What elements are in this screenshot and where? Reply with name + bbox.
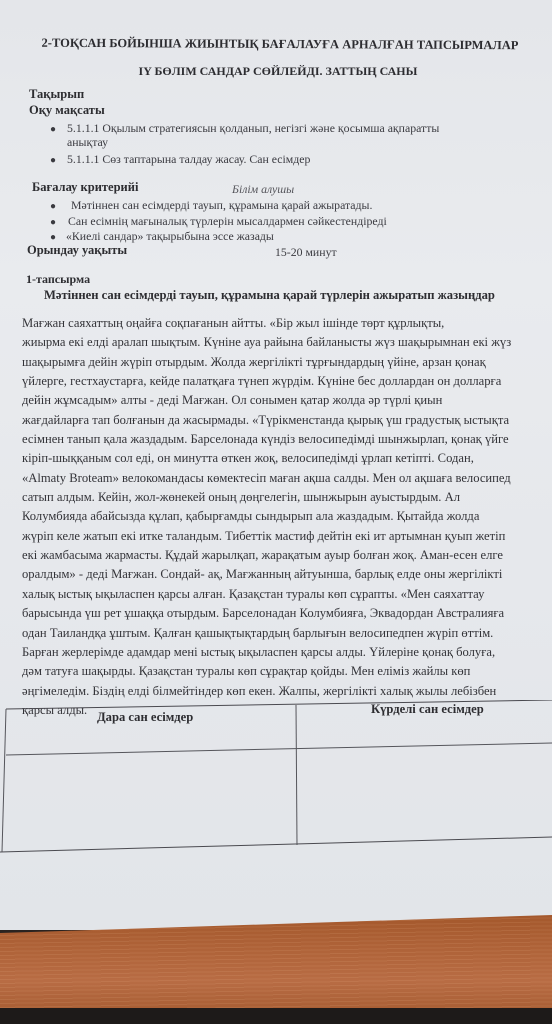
answer-cell-compound[interactable] xyxy=(298,748,550,840)
topic-label: Тақырып xyxy=(29,87,84,102)
objective-item: 5.1.1.1 Оқылым стратегиясын қолданып, не… xyxy=(67,121,439,136)
answer-table: Дара сан есімдер Күрделі сан есімдер xyxy=(0,700,552,850)
criteria-item: «Киелі сандар» тақырыбына эссе жазады xyxy=(66,229,274,244)
worksheet-title: 2-ТОҚСАН БОЙЫНША ЖИЫНТЫҚ БАҒАЛАУҒА АРНАЛ… xyxy=(0,36,552,54)
task-instruction: Мәтіннен сан есімдерді тауып, құрамына қ… xyxy=(44,288,495,303)
bullet-icon: ● xyxy=(50,155,56,166)
paragraph-line: халық ыстық ықыласпен қарсы алған. Қазақ… xyxy=(22,585,511,604)
paragraph-line: дейін жұмсадым» алты - деді Мағжан. Ол с… xyxy=(22,391,511,410)
time-label: Орындау уақыты xyxy=(27,243,127,258)
paragraph-line: екі жамбасыма жармасты. Құдай жарылқап, … xyxy=(22,546,511,565)
time-value: 15-20 минут xyxy=(275,245,337,260)
objective-item-cont: анықтау xyxy=(67,135,108,150)
paragraph-line: Мағжан саяхаттың оңайға соқпағанын айтты… xyxy=(22,314,511,333)
bullet-icon: ● xyxy=(50,217,56,228)
paragraph-line: Барған жерлерімде адамдар мені ыстық ықы… xyxy=(22,643,511,662)
paragraph-line: дәм татуға шақырды. Қазақстан туралы көп… xyxy=(22,662,511,681)
table-header-simple-numerals: Дара сан есімдер xyxy=(97,710,193,725)
worksheet-paper: 2-ТОҚСАН БОЙЫНША ЖИЫНТЫҚ БАҒАЛАУҒА АРНАЛ… xyxy=(0,0,552,930)
paragraph-line: кіріп-шыққаным сол еді, он минутта өткен… xyxy=(22,449,511,468)
criteria-label: Бағалау критерийі xyxy=(32,180,138,195)
paragraph-line: жағдайларға тап болғанын да жасырмады. «… xyxy=(22,411,511,430)
task-number: 1-тапсырма xyxy=(26,272,90,287)
paragraph-line: одан Таиландқа ұштым. Қалған қашықтықтар… xyxy=(22,624,511,643)
bullet-icon: ● xyxy=(50,201,56,212)
paragraph-line: жиырма екі елді аралап шықтым. Күніне ау… xyxy=(22,333,511,352)
section-title: IY БӨЛІМ САНДАР СӨЙЛЕЙДІ. ЗАТТЫҢ САНЫ xyxy=(0,64,552,79)
paragraph-line: үйлерге, гестхаустарға, кейде палатқаға … xyxy=(22,372,511,391)
criteria-subject: Білім алушы xyxy=(232,182,294,197)
paragraph-line: жүріп келе жатып екі итке таландым. Тибе… xyxy=(22,527,511,546)
dark-background xyxy=(0,1008,552,1024)
bullet-icon: ● xyxy=(50,232,56,243)
table-header-compound-numerals: Күрделі сан есімдер xyxy=(371,702,484,717)
paragraph-line: барысында үш рет ұшаққа отырдым. Барсело… xyxy=(22,604,511,623)
paragraph-line: әңгімеледім. Біздің елді білмейтіндер кө… xyxy=(22,682,511,701)
paragraph-line: шақырымға дейін жүріп отырдым. Жолда жер… xyxy=(22,353,511,372)
criteria-item: Мәтіннен сан есімдерді тауып, құрамына қ… xyxy=(71,198,372,213)
objectives-label: Оқу мақсаты xyxy=(29,103,105,118)
answer-cell-simple[interactable] xyxy=(8,758,294,846)
paragraph-line: есімнен танып қала жаздадым. Барселонада… xyxy=(22,430,511,449)
criteria-item: Сан есімнің мағыналық түрлерін мысалдарм… xyxy=(68,214,387,229)
paragraph-line: Колумбияда абайсызда құлап, қабырғамды с… xyxy=(22,507,511,526)
paragraph-line: «Almaty Broteam» велокомандасы көмектесі… xyxy=(22,469,511,488)
paragraph-line: сатып алдым. Кейін, жол-жөнекей оның дөң… xyxy=(22,488,511,507)
task-text-paragraph: Мағжан саяхаттың оңайға соқпағанын айтты… xyxy=(22,314,511,720)
paragraph-line: оралдым» - деді Мағжан. Сондай- ақ, Мағж… xyxy=(22,565,511,584)
objective-item: 5.1.1.1 Сөз таптарына талдау жасау. Сан … xyxy=(67,152,310,167)
bullet-icon: ● xyxy=(50,124,56,135)
